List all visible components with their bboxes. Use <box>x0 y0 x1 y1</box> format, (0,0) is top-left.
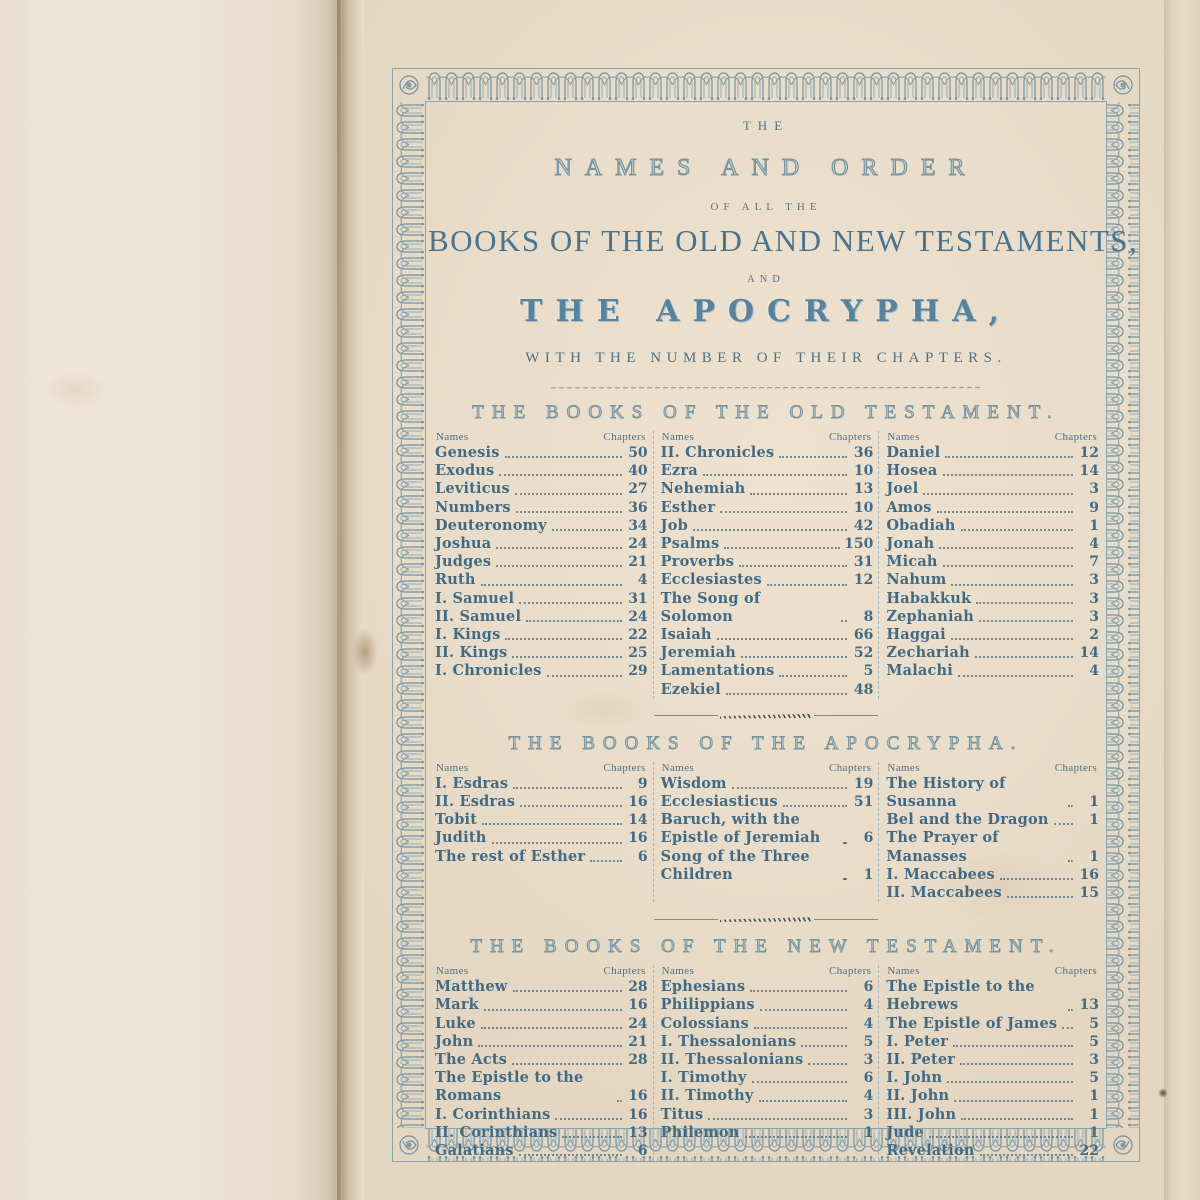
book-name: Genesis <box>435 444 500 462</box>
chapter-count: 3 <box>851 1106 873 1124</box>
book-row: Jude1 <box>886 1124 1099 1142</box>
dotted-leader <box>720 511 847 513</box>
dotted-leader <box>958 675 1073 677</box>
book-name: I. Maccabees <box>886 866 995 884</box>
dotted-leader <box>953 1045 1073 1047</box>
book-name: I. Samuel <box>435 590 514 608</box>
book-name: Leviticus <box>435 480 510 498</box>
book-name: Titus <box>661 1106 704 1124</box>
chapter-count: 31 <box>851 553 873 571</box>
chapter-count: 3 <box>1077 608 1099 626</box>
book-row: Baruch, with the Epistle of Jeremiah6 <box>661 811 874 847</box>
book-column: Names Chapters The History of Susanna1Be… <box>878 762 1104 902</box>
book-name: Baruch, with the Epistle of Jeremiah <box>661 811 839 847</box>
book-name: Ephesians <box>661 978 746 996</box>
dotted-leader <box>943 565 1073 567</box>
dotted-leader <box>496 565 621 567</box>
book-row: Matthew28 <box>435 978 648 996</box>
chapter-count: 3 <box>1077 590 1099 608</box>
book-name: Obadiah <box>886 517 955 535</box>
book-row: Lamentations5 <box>661 662 874 680</box>
book-row: Obadiah1 <box>886 517 1099 535</box>
dotted-leader <box>752 1081 848 1083</box>
book-columns: Names Chapters Genesis50Exodus40Leviticu… <box>428 431 1104 699</box>
book-name: I. Kings <box>435 626 500 644</box>
section-title: THE BOOKS OF THE OLD TESTAMENT. <box>428 402 1104 424</box>
column-header: Names Chapters <box>886 965 1099 978</box>
book-row: Leviticus27 <box>435 480 648 498</box>
section-apocrypha: THE BOOKS OF THE APOCRYPHA. Names Chapte… <box>428 733 1104 902</box>
book-name: Exodus <box>435 462 494 480</box>
book-row: Ezekiel48 <box>661 681 874 699</box>
book-name: Micah <box>886 553 937 571</box>
chapter-count: 6 <box>626 1142 648 1160</box>
book-column: Names Chapters II. Chronicles36Ezra10Neh… <box>653 431 879 699</box>
chapter-count: 27 <box>626 480 648 498</box>
chapter-count: 3 <box>1077 480 1099 498</box>
book-row: John21 <box>435 1033 648 1051</box>
book-name: Jeremiah <box>661 644 736 662</box>
book-row: II. Kings25 <box>435 644 648 662</box>
dotted-leader <box>843 878 848 880</box>
chapter-count: 4 <box>851 1015 873 1033</box>
chapter-count: 4 <box>1077 662 1099 680</box>
chapter-count: 3 <box>851 1051 873 1069</box>
book-name: II. John <box>886 1087 949 1105</box>
chapter-count: 10 <box>851 462 873 480</box>
book-name: The rest of Esther <box>435 848 585 866</box>
dotted-leader <box>717 638 848 640</box>
chapter-count: 52 <box>851 644 873 662</box>
chapter-count: 16 <box>626 1106 648 1124</box>
names-header: Names <box>887 965 920 977</box>
book-name: Jude <box>886 1124 924 1142</box>
book-row: II. Peter3 <box>886 1051 1099 1069</box>
book-row: I. Chronicles29 <box>435 662 648 680</box>
chapter-count: 16 <box>626 829 648 847</box>
book-name: Deuteronomy <box>435 517 547 535</box>
chapter-count: 8 <box>851 608 873 626</box>
chapter-count: 1 <box>1077 811 1099 829</box>
column-header: Names Chapters <box>435 762 648 775</box>
book-row: Judges21 <box>435 553 648 571</box>
book-name: II. Timothy <box>661 1087 754 1105</box>
book-name: The Acts <box>435 1051 507 1069</box>
book-row: Ruth4 <box>435 571 648 589</box>
book-row: Zechariah14 <box>886 644 1099 662</box>
dotted-leader <box>492 842 622 844</box>
dotted-leader <box>496 547 621 549</box>
book-row: The Song of Solomon8 <box>661 590 874 626</box>
chapter-count: 29 <box>626 662 648 680</box>
dotted-leader <box>513 990 622 992</box>
chapter-count: 16 <box>626 1087 648 1105</box>
chapter-count: 12 <box>1077 444 1099 462</box>
title-with-number: WITH THE NUMBER OF THEIR CHAPTERS. <box>428 350 1104 367</box>
names-header: Names <box>436 965 469 977</box>
chapter-count: 48 <box>851 681 873 699</box>
book-name: Habakkuk <box>886 590 971 608</box>
book-name: II. Samuel <box>435 608 521 626</box>
book-row: The Epistle to the Romans16 <box>435 1069 648 1105</box>
chapters-header: Chapters <box>829 431 871 443</box>
chapter-count: 22 <box>626 626 648 644</box>
book-row: I. Corinthians16 <box>435 1106 648 1124</box>
chapter-count: 3 <box>1077 1051 1099 1069</box>
book-row: Luke24 <box>435 1015 648 1033</box>
chapter-count: 3 <box>1077 571 1099 589</box>
book-row: Titus3 <box>661 1106 874 1124</box>
dotted-leader <box>923 493 1073 495</box>
dotted-leader <box>843 842 847 844</box>
book-name: Jonah <box>886 535 934 553</box>
book-name: I. Chronicles <box>435 662 542 680</box>
book-row: Wisdom19 <box>661 775 874 793</box>
dotted-leader <box>960 1063 1073 1065</box>
chapter-count: 14 <box>1077 462 1099 480</box>
chapters-header: Chapters <box>829 965 871 977</box>
book-name: Nehemiah <box>661 480 746 498</box>
chapter-count: 1 <box>1077 517 1099 535</box>
chapters-header: Chapters <box>603 965 645 977</box>
chapter-count: 1 <box>1077 1087 1099 1105</box>
book-name: Revelation <box>886 1142 974 1160</box>
book-row: Esther10 <box>661 499 874 517</box>
book-name: Matthew <box>435 978 508 996</box>
book-row: I. Samuel31 <box>435 590 648 608</box>
column-header: Names Chapters <box>661 762 874 775</box>
dotted-leader <box>703 474 848 476</box>
chapter-count: 5 <box>1077 1015 1099 1033</box>
book-name: I. John <box>886 1069 942 1087</box>
chapter-count: 4 <box>851 1087 873 1105</box>
chapter-count: 9 <box>626 775 648 793</box>
dotted-leader <box>526 620 622 622</box>
book-row: Malachi4 <box>886 662 1099 680</box>
book-name: Esther <box>661 499 716 517</box>
dotted-leader <box>979 620 1073 622</box>
dotted-leader <box>939 547 1073 549</box>
book-name: Proverbs <box>661 553 734 571</box>
dotted-leader <box>520 805 621 807</box>
book-row: Judith16 <box>435 829 648 847</box>
chapter-count: 19 <box>851 775 873 793</box>
names-header: Names <box>662 762 695 774</box>
dotted-leader <box>929 1136 1073 1138</box>
chapter-count: 1 <box>1077 848 1099 866</box>
book-gutter-shadow <box>340 0 364 1200</box>
dotted-leader <box>801 1045 847 1047</box>
dotted-leader <box>505 456 622 458</box>
dotted-leader <box>1000 878 1073 880</box>
book-row: Proverbs31 <box>661 553 874 571</box>
book-name: Ezekiel <box>661 681 721 699</box>
chapter-count: 1 <box>1077 793 1099 811</box>
dotted-leader <box>767 584 848 586</box>
title-of-all-the: OF ALL THE <box>428 201 1104 213</box>
chapter-count: 6 <box>851 1069 873 1087</box>
book-row: Haggai2 <box>886 626 1099 644</box>
chapter-count: 7 <box>1077 553 1099 571</box>
section-divider <box>651 713 881 719</box>
dotted-leader <box>745 1136 848 1138</box>
book-name: Amos <box>886 499 931 517</box>
book-name: Malachi <box>886 662 953 680</box>
dotted-leader <box>693 529 847 531</box>
dotted-leader <box>505 638 621 640</box>
column-header: Names Chapters <box>661 431 874 444</box>
chapter-count: 5 <box>1077 1033 1099 1051</box>
book-name: Colossians <box>661 1015 749 1033</box>
dotted-leader <box>708 1118 847 1120</box>
book-row: Exodus40 <box>435 462 648 480</box>
book-name: II. Chronicles <box>661 444 775 462</box>
names-header: Names <box>436 762 469 774</box>
dotted-leader <box>841 620 847 622</box>
book-column: Names Chapters Daniel12Hosea14Joel3Amos9… <box>878 431 1104 699</box>
dotted-leader <box>1007 896 1073 898</box>
chapter-count: 16 <box>626 996 648 1014</box>
book-row: II. Thessalonians3 <box>661 1051 874 1069</box>
book-name: The Epistle of James <box>886 1015 1057 1033</box>
book-row: Philemon1 <box>661 1124 874 1142</box>
chapter-count: 24 <box>626 1015 648 1033</box>
title-books-line: BOOKS OF THE OLD AND NEW TESTAMENTS, <box>428 223 1104 259</box>
chapter-count: 66 <box>851 626 873 644</box>
section-new-testament: THE BOOKS OF THE NEW TESTAMENT. Names Ch… <box>428 936 1104 1160</box>
book-column: Names Chapters Matthew28Mark16Luke24John… <box>428 965 653 1160</box>
dotted-leader <box>779 456 847 458</box>
dotted-leader <box>519 1154 622 1156</box>
section-old-testament: THE BOOKS OF THE OLD TESTAMENT. Names Ch… <box>428 402 1104 699</box>
chapter-count: 50 <box>626 444 648 462</box>
book-row: Daniel12 <box>886 444 1099 462</box>
chapter-count: 9 <box>1077 499 1099 517</box>
book-row: Numbers36 <box>435 499 648 517</box>
book-name: I. Corinthians <box>435 1106 550 1124</box>
chapter-count: 28 <box>626 1051 648 1069</box>
book-column: Names Chapters I. Esdras9II. Esdras16Tob… <box>428 762 653 902</box>
facing-page <box>0 0 340 1200</box>
dotted-leader <box>975 656 1073 658</box>
book-name: III. John <box>886 1106 956 1124</box>
dotted-leader <box>1068 860 1073 862</box>
dotted-leader <box>724 547 840 549</box>
chapter-count: 28 <box>626 978 648 996</box>
book-name: II. Thessalonians <box>661 1051 804 1069</box>
dotted-leader <box>555 1118 621 1120</box>
chapter-count: 21 <box>626 553 648 571</box>
book-name: I. Peter <box>886 1033 948 1051</box>
dotted-leader <box>481 1027 622 1029</box>
dotted-leader <box>1068 1009 1073 1011</box>
names-header: Names <box>436 431 469 443</box>
book-name: II. Peter <box>886 1051 955 1069</box>
book-name: Haggai <box>886 626 945 644</box>
book-name: Luke <box>435 1015 476 1033</box>
book-row: II. Maccabees15 <box>886 884 1099 902</box>
book-row: I. Kings22 <box>435 626 648 644</box>
chapter-count: 6 <box>851 829 873 847</box>
book-row: II. Esdras16 <box>435 793 648 811</box>
book-row: Zephaniah3 <box>886 608 1099 626</box>
dotted-leader <box>961 1118 1073 1120</box>
chapter-count: 4 <box>851 996 873 1014</box>
book-row: Mark16 <box>435 996 648 1014</box>
dotted-leader <box>954 1100 1073 1102</box>
chapter-count: 10 <box>851 499 873 517</box>
column-header: Names Chapters <box>435 431 648 444</box>
dotted-leader <box>951 584 1073 586</box>
chapter-count: 22 <box>1077 1142 1099 1160</box>
dotted-leader <box>516 511 622 513</box>
dotted-leader <box>512 656 621 658</box>
book-columns: Names Chapters Matthew28Mark16Luke24John… <box>428 965 1104 1160</box>
chapter-count: 16 <box>626 793 648 811</box>
dotted-leader <box>590 860 621 862</box>
book-name: Numbers <box>435 499 511 517</box>
dotted-leader <box>750 990 847 992</box>
book-row: II. Chronicles36 <box>661 444 874 462</box>
dotted-leader <box>947 1081 1073 1083</box>
dotted-leader <box>481 584 622 586</box>
book-name: Psalms <box>661 535 720 553</box>
book-row: Joshua24 <box>435 535 648 553</box>
book-row: Habakkuk3 <box>886 590 1099 608</box>
dotted-leader <box>515 493 622 495</box>
dotted-leader <box>552 529 622 531</box>
chapter-count: 4 <box>1077 535 1099 553</box>
book-row: Joel3 <box>886 480 1099 498</box>
book-name: Zephaniah <box>886 608 974 626</box>
book-row: Jeremiah52 <box>661 644 874 662</box>
dotted-leader <box>750 493 847 495</box>
names-header: Names <box>887 762 920 774</box>
book-row: Nehemiah13 <box>661 480 874 498</box>
dotted-leader <box>980 1154 1073 1156</box>
book-name: The Prayer of Manasses <box>886 829 1062 865</box>
book-name: Hosea <box>886 462 937 480</box>
chapters-header: Chapters <box>603 431 645 443</box>
title-rule-ornament <box>551 386 981 389</box>
book-name: II. Kings <box>435 644 507 662</box>
dotted-leader <box>1062 1027 1073 1029</box>
title-apocrypha: THE APOCRYPHA, <box>428 294 1104 329</box>
section-title: THE BOOKS OF THE NEW TESTAMENT. <box>428 936 1104 958</box>
dotted-leader <box>961 529 1074 531</box>
book-name: The Song of Solomon <box>661 590 837 626</box>
book-row: I. Thessalonians5 <box>661 1033 874 1051</box>
names-header: Names <box>662 431 695 443</box>
book-name: II. Maccabees <box>886 884 1002 902</box>
book-name: Zechariah <box>886 644 969 662</box>
chapter-count: 12 <box>851 571 873 589</box>
title-and: AND <box>428 274 1104 285</box>
book-row: Jonah4 <box>886 535 1099 553</box>
book-row: Amos9 <box>886 499 1099 517</box>
chapter-count: 1 <box>851 1124 873 1142</box>
chapter-count: 13 <box>851 480 873 498</box>
chapter-count: 1 <box>1077 1106 1099 1124</box>
book-row: II. Samuel24 <box>435 608 648 626</box>
dotted-leader <box>499 474 621 476</box>
ornamental-border-frame: THE NAMES AND ORDER OF ALL THE BOOKS OF … <box>392 68 1140 1162</box>
book-name: II. Esdras <box>435 793 515 811</box>
book-name: Wisdom <box>661 775 727 793</box>
section-divider <box>651 916 881 922</box>
dotted-leader <box>519 602 622 604</box>
book-row: The Prayer of Manasses1 <box>886 829 1099 865</box>
column-header: Names Chapters <box>435 965 648 978</box>
book-row: II. Timothy4 <box>661 1087 874 1105</box>
book-row: I. Timothy6 <box>661 1069 874 1087</box>
dotted-leader <box>739 565 847 567</box>
book-row: The History of Susanna1 <box>886 775 1099 811</box>
book-row: Job42 <box>661 517 874 535</box>
book-name: Tobit <box>435 811 477 829</box>
chapter-count: 21 <box>626 1033 648 1051</box>
names-header: Names <box>662 965 695 977</box>
chapter-count: 6 <box>851 978 873 996</box>
book-name: Ecclesiastes <box>661 571 762 589</box>
dotted-leader <box>741 656 847 658</box>
book-name: Job <box>661 517 688 535</box>
chapter-count: 1 <box>1077 1124 1099 1142</box>
chapters-header: Chapters <box>603 762 645 774</box>
book-row: Ecclesiasticus51 <box>661 793 874 811</box>
dotted-leader <box>617 1100 622 1102</box>
dotted-leader <box>1054 823 1073 825</box>
book-row: Galatians6 <box>435 1142 648 1160</box>
column-header: Names Chapters <box>886 762 1099 775</box>
book-row: I. Esdras9 <box>435 775 648 793</box>
chapters-header: Chapters <box>829 762 871 774</box>
book-row: Philippians4 <box>661 996 874 1014</box>
book-row: The Epistle to the Hebrews13 <box>886 978 1099 1014</box>
chapter-count: 5 <box>1077 1069 1099 1087</box>
book-name: John <box>435 1033 473 1051</box>
book-name: The Epistle to the Hebrews <box>886 978 1063 1014</box>
chapter-count: 5 <box>851 662 873 680</box>
book-name: Galatians <box>435 1142 514 1160</box>
chapters-header: Chapters <box>1055 431 1097 443</box>
book-row: Nahum3 <box>886 571 1099 589</box>
dotted-leader <box>732 787 848 789</box>
book-name: Isaiah <box>661 626 712 644</box>
book-row: The rest of Esther6 <box>435 848 648 866</box>
book-name: Mark <box>435 996 479 1014</box>
book-row: III. John1 <box>886 1106 1099 1124</box>
dotted-leader <box>484 1009 622 1011</box>
book-row: Micah7 <box>886 553 1099 571</box>
book-row: II. Corinthians13 <box>435 1124 648 1142</box>
book-row: Bel and the Dragon1 <box>886 811 1099 829</box>
dotted-leader <box>754 1027 847 1029</box>
book-name: I. Thessalonians <box>661 1033 797 1051</box>
chapter-count: 36 <box>626 499 648 517</box>
chapter-count: 24 <box>626 608 648 626</box>
chapter-count: 6 <box>626 848 648 866</box>
chapter-count: 5 <box>851 1033 873 1051</box>
dotted-leader <box>478 1045 621 1047</box>
book-column: Names Chapters Ephesians6Philippians4Col… <box>653 965 879 1160</box>
title-the: THE <box>428 118 1104 134</box>
chapter-count: 40 <box>626 462 648 480</box>
book-column: Names Chapters The Epistle to the Hebrew… <box>878 965 1104 1160</box>
dotted-leader <box>779 675 847 677</box>
book-name: Joshua <box>435 535 491 553</box>
dotted-leader <box>513 787 621 789</box>
